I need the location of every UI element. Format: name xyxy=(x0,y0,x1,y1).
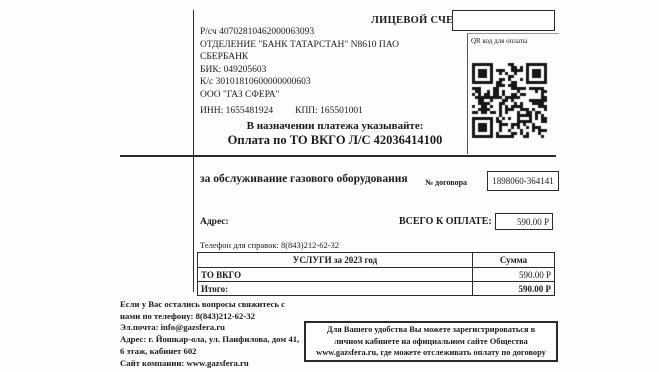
contact-line: Сайт компании: www.gazsfera.ru xyxy=(120,358,299,370)
payment-purpose-instruction: В назначении платежа указывайте: xyxy=(195,120,475,132)
inn-value: ИНН: 1655481924 xyxy=(200,106,273,116)
contact-line: Адрес: г. Йошкар-ола, ул. Панфилова, дом… xyxy=(120,334,299,346)
qr-label: QR код для оплаты xyxy=(471,37,528,45)
service-name-cell: ТО ВКГО xyxy=(198,268,473,282)
qr-panel: QR код для оплаты xyxy=(467,33,559,154)
bank-branch-line1: ОТДЕЛЕНИЕ "БАНК ТАТАРСТАН" N8610 ПАО xyxy=(200,39,399,52)
notice-line: Для Вашего удобства Вы можете зарегистри… xyxy=(327,324,535,336)
payment-invoice-document: Р/сч 40702810462000063093 ОТДЕЛЕНИЕ "БАН… xyxy=(0,0,659,372)
bank-branch-line2: СБЕРБАНК xyxy=(200,51,399,64)
total-name-cell: Итого: xyxy=(198,282,473,296)
bank-bik: БИК: 049205603 xyxy=(200,64,399,77)
services-table: УСЛУГИ за 2023 год Сумма ТО ВКГО 590.00 … xyxy=(197,252,555,296)
inn-kpp-line: ИНН: 1655481924КПП: 165501001 xyxy=(200,106,385,116)
total-due-label: ВСЕГО К ОПЛАТЕ: xyxy=(399,216,492,227)
left-vertical-rule xyxy=(193,10,194,292)
address-label: Адрес: xyxy=(200,217,229,227)
total-due-field: 590.00 Р xyxy=(495,213,553,230)
total-sum-cell: 590.00 Р xyxy=(473,282,555,296)
corr-account: К/с 30101810600000000603 xyxy=(200,76,399,89)
service-title: за обслуживание газового оборудования xyxy=(200,173,408,185)
contact-info-block: Если у Вас остались вопросы свяжитесь с … xyxy=(120,299,299,369)
contact-line: Эл.почта: info@gazsfera.ru xyxy=(120,322,299,334)
table-row: ТО ВКГО 590.00 Р xyxy=(198,268,555,282)
registration-notice-box: Для Вашего удобства Вы можете зарегистри… xyxy=(304,321,558,362)
table-header-row: УСЛУГИ за 2023 год Сумма xyxy=(198,253,555,268)
service-sum-cell: 590.00 Р xyxy=(473,268,555,282)
kpp-value: КПП: 165501001 xyxy=(295,106,363,116)
personal-account-field xyxy=(452,10,555,31)
contact-line: нами по телефону: 8(843)212-62-32 xyxy=(120,311,299,323)
bank-details-block: Р/сч 40702810462000063093 ОТДЕЛЕНИЕ "БАН… xyxy=(200,26,399,102)
payment-purpose-value: Оплата по ТО ВКГО Л/С 42036414100 xyxy=(195,133,475,148)
settlement-account: Р/сч 40702810462000063093 xyxy=(200,26,399,39)
contract-number-field: 1898060-364141 xyxy=(487,171,559,191)
payment-purpose-block: В назначении платежа указывайте: Оплата … xyxy=(195,120,475,148)
notice-line: личном кабинете на официальном сайте Общ… xyxy=(334,336,528,348)
contract-number-label: № договора xyxy=(425,178,467,187)
contact-line: Если у Вас остались вопросы свяжитесь с xyxy=(120,299,299,311)
personal-account-label: ЛИЦЕВОЙ СЧЕТ xyxy=(371,15,461,26)
notice-line: www.gazsfera.ru, где можете отслеживать … xyxy=(316,347,546,359)
table-header-sum: Сумма xyxy=(473,253,555,268)
contact-line: 6 этаж, кабинет 602 xyxy=(120,346,299,358)
section-divider-rule xyxy=(120,155,556,157)
qr-code xyxy=(471,62,549,140)
company-name: ООО "ГАЗ СФЕРА" xyxy=(200,89,399,102)
phone-reference-line: Телефон для справок: 8(843)212-62-32 xyxy=(200,240,339,250)
table-total-row: Итого: 590.00 Р xyxy=(198,282,555,296)
table-header-service: УСЛУГИ за 2023 год xyxy=(198,253,473,268)
